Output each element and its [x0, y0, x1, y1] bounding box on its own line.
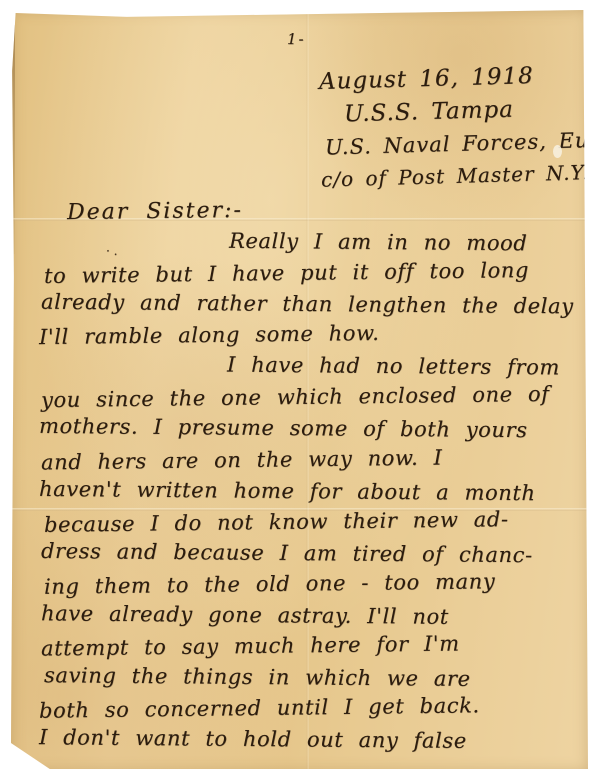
heading-care-of: c/o of Post Master N.Y. City.: [321, 158, 600, 191]
body-line: because I do not know their new ad-: [44, 507, 509, 537]
body-line: attempt to say much here for I'm: [41, 631, 460, 660]
body-line: I have had no letters from: [227, 353, 560, 380]
letter-paper: 1- August 16, 1918 U.S.S. Tampa U.S. Nav…: [11, 10, 588, 769]
body-line: and hers are on the way now. I: [41, 446, 443, 475]
heading-ship: U.S.S. Tampa: [344, 97, 515, 128]
body-line: already and rather than lengthen the del…: [41, 290, 574, 319]
body-line: ing them to the old one - too many: [44, 569, 496, 599]
body-line: haven't written home for about a month: [39, 477, 536, 505]
heading-date: August 16, 1918: [319, 63, 534, 95]
body-line: to write but I have put it off too long: [44, 258, 529, 288]
body-line: I don't want to hold out any false: [39, 725, 467, 753]
ink-dots: · .: [106, 244, 117, 258]
body-line: you since the one which enclosed one of: [41, 382, 550, 412]
body-line: I'll ramble along some how.: [39, 321, 380, 349]
body-line: both so concerned until I get back.: [39, 693, 480, 722]
body-line: mothers. I presume some of both yours: [39, 414, 528, 442]
letter-scan: 1- August 16, 1918 U.S.S. Tampa U.S. Nav…: [0, 0, 600, 769]
body-line: dress and because I am tired of chanc-: [41, 539, 533, 567]
paper-fleck: [553, 145, 562, 158]
body-line: saving the things in which we are: [44, 663, 471, 691]
salutation: Dear Sister:-: [67, 198, 243, 225]
page-number: 1-: [287, 30, 306, 48]
body-line: have already gone astray. I'll not: [41, 601, 449, 629]
paper-edge-shadow: [11, 25, 15, 254]
body-line: Really I am in no mood: [229, 229, 528, 256]
